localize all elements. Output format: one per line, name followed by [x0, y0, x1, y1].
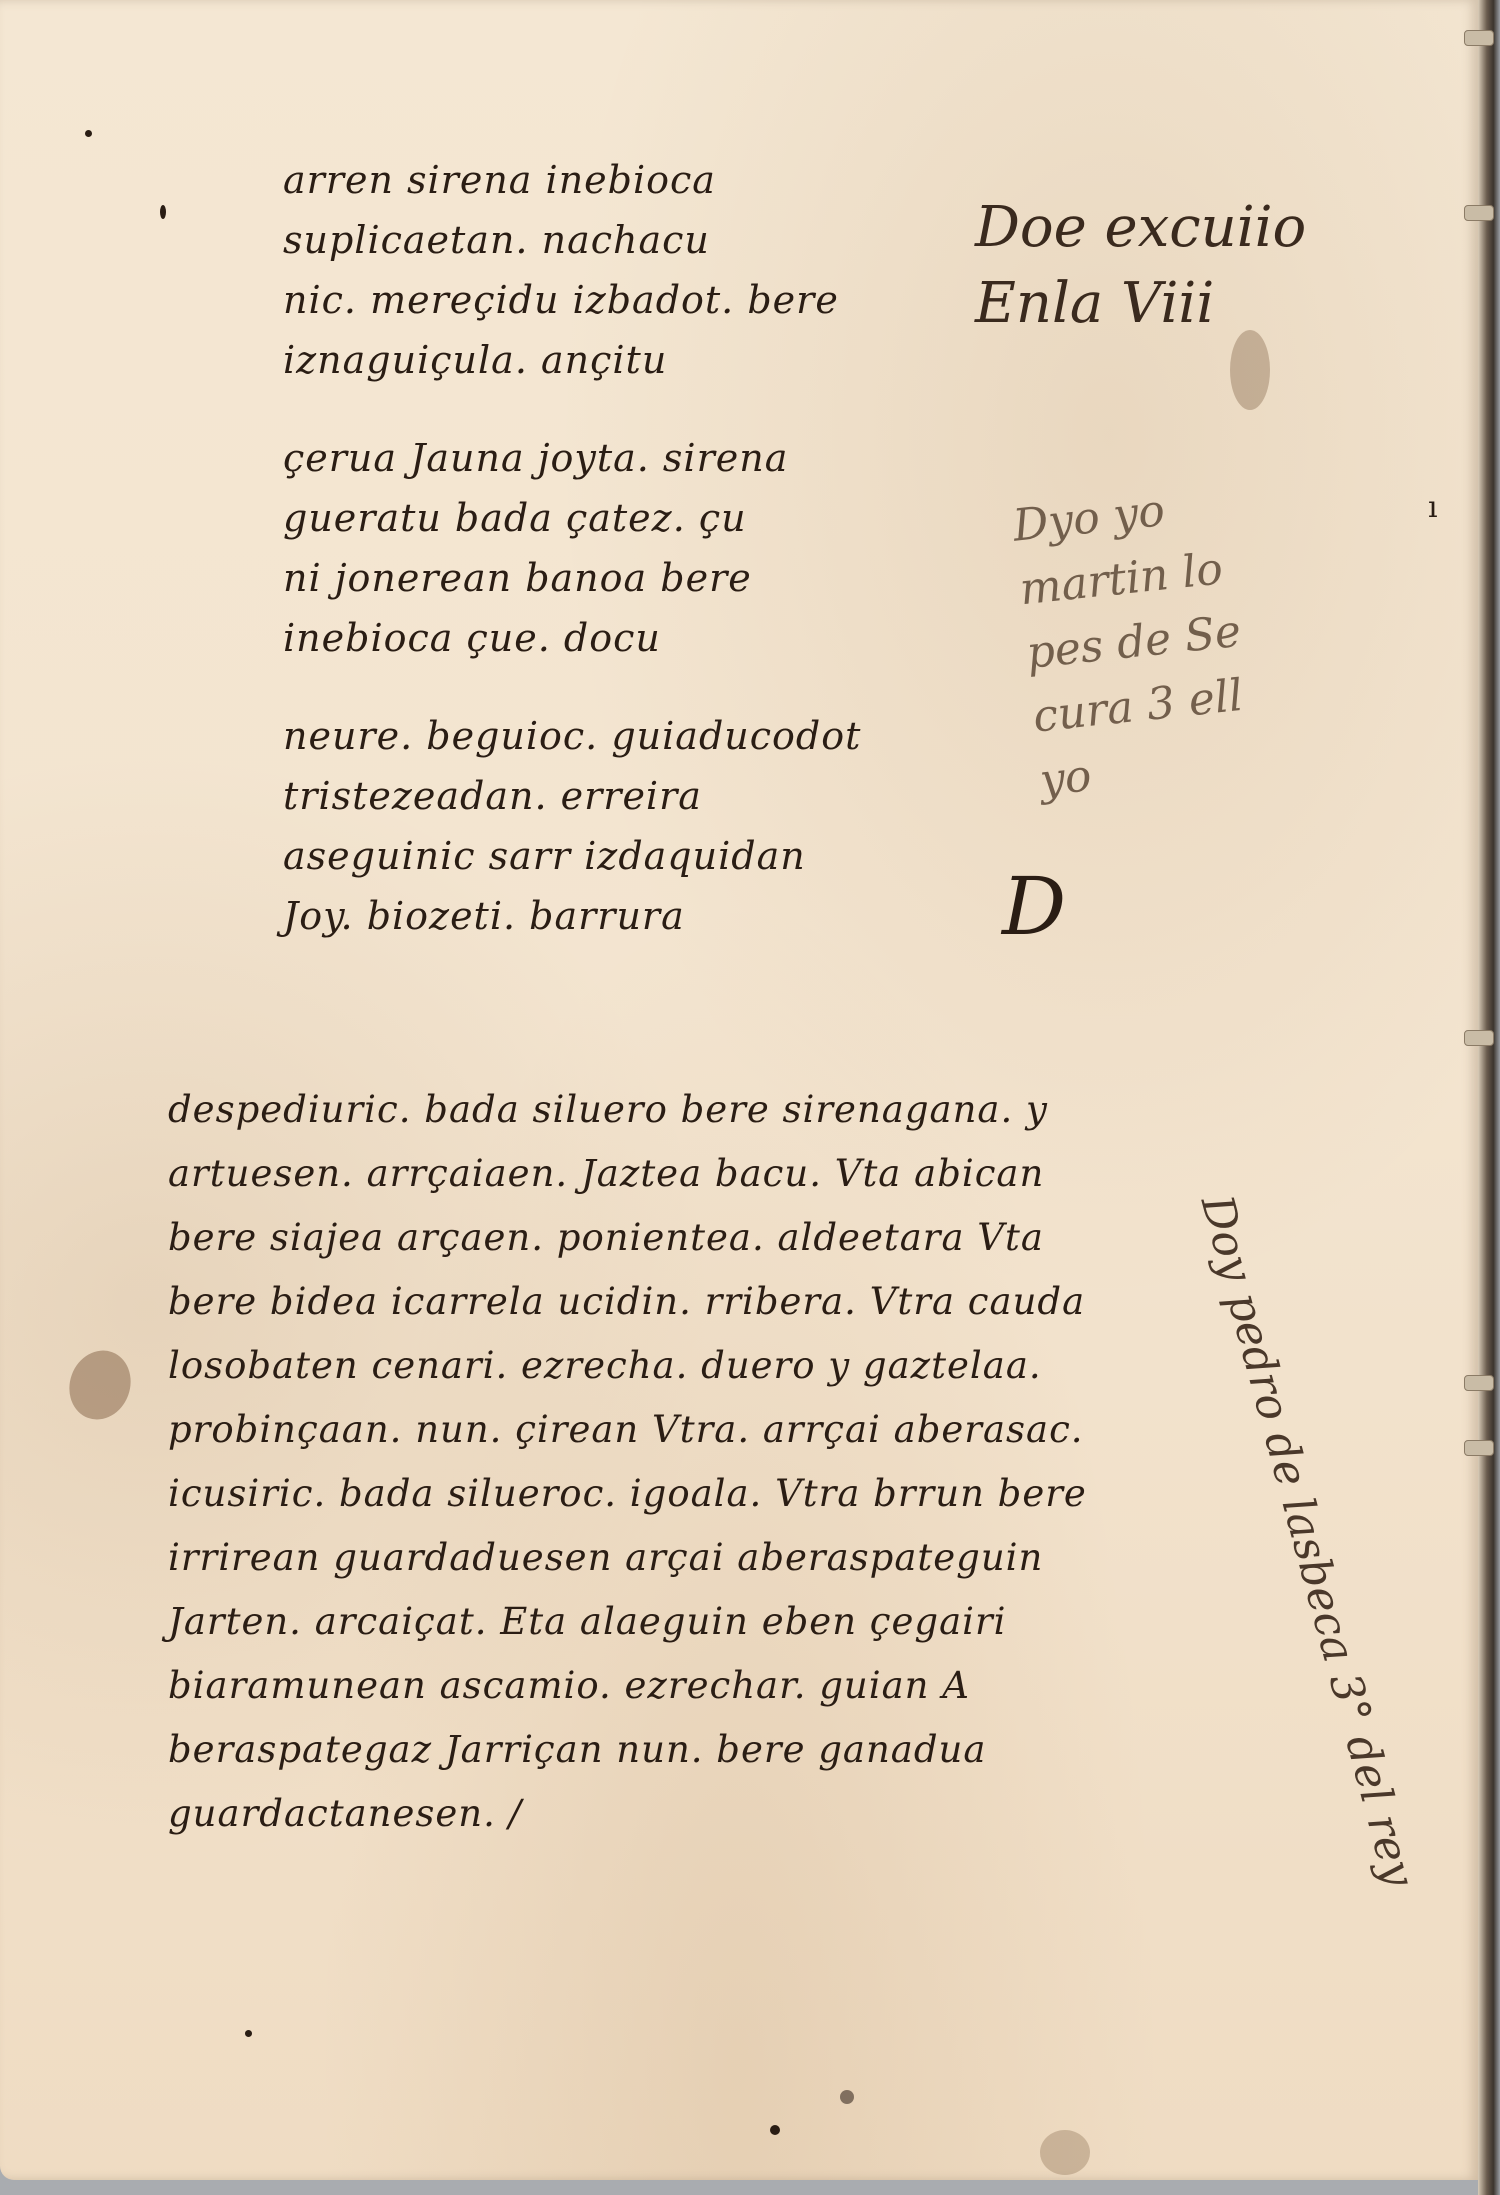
verse-line: aseguinic sarr izdaquidan	[283, 826, 861, 886]
verse-line: inebioca çue. docu	[283, 608, 861, 668]
prose-block: despediuric. bada siluero bere sirenagan…	[168, 1078, 1087, 1846]
prose-line: probinçaan. nun. çirean Vtra. arrçai abe…	[168, 1398, 1087, 1462]
binding-stitch	[1464, 30, 1494, 46]
stanza-3: neure. beguioc. guiaducodot tristezeadan…	[283, 706, 861, 946]
verse-line: tristezeadan. erreira	[283, 766, 861, 826]
prose-line: artuesen. arrçaiaen. Jaztea bacu. Vta ab…	[168, 1142, 1087, 1206]
ink-dot	[85, 130, 92, 137]
prose-line: losobaten cenari. ezrecha. duero y gazte…	[168, 1334, 1087, 1398]
prose-line: guardactanesen. /	[168, 1782, 1087, 1846]
verse-line: arren sirena inebioca	[283, 150, 861, 210]
prose-line: Jarten. arcaiçat. Eta alaeguin eben çega…	[168, 1590, 1087, 1654]
stanza-2: çerua Jauna joyta. sirena gueratu bada ç…	[283, 428, 861, 668]
verse-line: ni jonerean banoa bere	[283, 548, 861, 608]
manuscript-page: arren sirena inebioca suplicaetan. nacha…	[0, 0, 1478, 2180]
marginal-line: Enla Viii	[975, 266, 1306, 342]
ink-stain	[60, 1342, 140, 1428]
verse-line: Joy. biozeti. barrura	[283, 886, 861, 946]
binding-stitch	[1464, 1440, 1494, 1456]
vertical-marginal-note: Doy pedro de lasbeca 3° del rey	[1191, 1190, 1425, 1892]
prose-line: bere bidea icarrela ucidin. rribera. Vtr…	[168, 1270, 1087, 1334]
monogram: D	[1002, 860, 1066, 953]
ink-dot	[245, 2030, 252, 2037]
ink-dot	[840, 2090, 854, 2104]
verse-line: nic. mereçidu izbadot. bere	[283, 270, 861, 330]
ink-stain	[1230, 330, 1270, 410]
binding-stitch	[1464, 1030, 1494, 1046]
prose-line: icusiric. bada silueroc. igoala. Vtra br…	[168, 1462, 1087, 1526]
prose-line: irrirean guardaduesen arçai aberaspategu…	[168, 1526, 1087, 1590]
marginal-note-signature: Dyo yo martin lo pes de Se cura 3 ell yo	[1010, 473, 1257, 814]
verse-block: arren sirena inebioca suplicaetan. nacha…	[283, 150, 861, 984]
prose-line: despediuric. bada siluero bere sirenagan…	[168, 1078, 1087, 1142]
prose-line: beraspategaz Jarriçan nun. bere ganadua	[168, 1718, 1087, 1782]
stanza-1: arren sirena inebioca suplicaetan. nacha…	[283, 150, 861, 390]
marginal-line: Doe excuiio	[975, 190, 1306, 266]
prose-line: bere siajea arçaen. ponientea. aldeetara…	[168, 1206, 1087, 1270]
ink-dot	[770, 2125, 780, 2135]
verse-line: suplicaetan. nachacu	[283, 210, 861, 270]
binding-edge	[1478, 0, 1500, 2195]
ink-dot	[160, 205, 166, 219]
binding-stitch	[1464, 1375, 1494, 1391]
verse-line: iznaguiçula. ançitu	[283, 330, 861, 390]
prose-line: biaramunean ascamio. ezrechar. guian A	[168, 1654, 1087, 1718]
verse-line: çerua Jauna joyta. sirena	[283, 428, 861, 488]
marginal-note-top: Doe excuiio Enla Viii	[975, 190, 1306, 342]
folio-mark: ı	[1428, 490, 1438, 525]
verse-line: gueratu bada çatez. çu	[283, 488, 861, 548]
ink-stain	[1040, 2130, 1090, 2175]
binding-stitch	[1464, 205, 1494, 221]
verse-line: neure. beguioc. guiaducodot	[283, 706, 861, 766]
